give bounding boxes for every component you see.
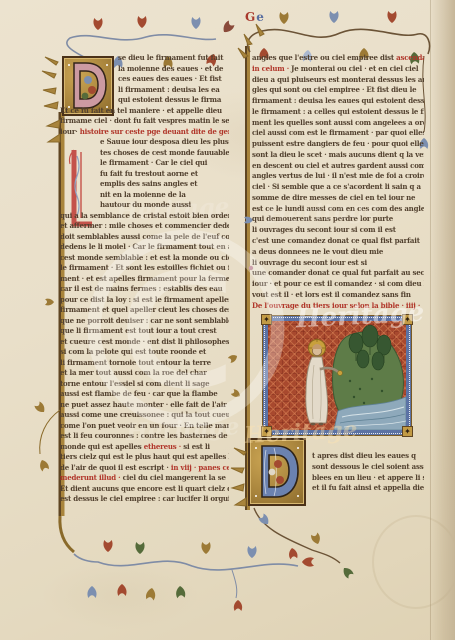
manuscript-text-line: qui demouerent sans perdre lor purte — [252, 214, 424, 225]
body-text: t apres dist dieu les eaues q — [312, 451, 416, 460]
body-text: tes choses de cest monde fauuable · si c — [100, 148, 229, 157]
manuscript-text-line: tes choses de cest monde fauuable · si c — [60, 148, 229, 159]
body-text: aussi est flambe de feu · car que la fla… — [60, 389, 218, 398]
body-text: ment les quelles sont aussi com angelees… — [252, 118, 424, 127]
body-text: nit en la moienne de la — [100, 190, 186, 199]
manuscript-text-line: li firmament tornoie tout entour la terr… — [60, 358, 229, 369]
body-text: torne entour l'essiel si com dient li sa… — [60, 379, 209, 388]
manuscript-text-line: torne entour l'essiel si com dient li sa… — [60, 379, 229, 390]
body-text: ne puet assez haute monter · elle fait d… — [60, 400, 227, 409]
manuscript-text-line: firmament et quel apeller cieut les chos… — [60, 305, 229, 316]
illuminated-initial-e — [248, 438, 306, 506]
manuscript-text-line: fu fait fu trestout aorne et — [60, 169, 229, 180]
manuscript-text-line: est ce le lundi aussi com en ces com des… — [252, 204, 424, 215]
body-text: tiers cielz qui est le plus haut qui est… — [60, 452, 229, 461]
manuscript-text-line: une comander donat ce qual fut parfait a… — [252, 268, 424, 279]
manuscript-text-line: c'est une comandez donat ce qual fist pa… — [252, 236, 424, 247]
manuscript-text-line: en descent ou ciel et autres gardent aus… — [252, 161, 424, 172]
vine-left-margin — [34, 299, 60, 472]
manuscript-text-line: aussi come une creuissonee : qui la tout… — [60, 410, 229, 421]
body-text: et cueure cest monde · ent dist li philo… — [60, 337, 229, 346]
body-text: angles vertus de lui · il n'est mie de f… — [252, 171, 424, 180]
manuscript-text-line: est dessus le ciel empiree : car lucifer… — [60, 494, 229, 505]
manuscript-text-line: dedens le li moiel · Car le firmament to… — [60, 242, 229, 253]
manuscript-text-line: li ouvrage du secont iour est si — [252, 258, 424, 269]
manuscript-text-line: ciel aussi com est le firmament · par qu… — [252, 128, 424, 139]
manuscript-page: Ge — [0, 0, 455, 640]
body-text: se dieu le firmament fut fait — [118, 53, 223, 62]
manuscript-text-line: se dieu le firmament fut fait — [60, 53, 229, 64]
manuscript-text-line: emplis des sains angles et — [60, 179, 229, 190]
manuscript-text-line: la moienne des eaues · et de — [60, 64, 229, 75]
body-text: come l'on puet veoir en un four · En tel… — [60, 421, 229, 430]
body-text: ciel aussi com est le firmament · par qu… — [252, 128, 424, 137]
manuscript-text-line: come l'on puet veoir en un four · En tel… — [60, 421, 229, 432]
body-text: angles que l'estre ou ciel empiree dist — [252, 53, 396, 62]
body-text: est dessus le ciel empiree : car lucifer… — [60, 494, 229, 503]
body-text: que li firmament est tout iour a tout cr… — [60, 326, 216, 335]
body-text: fu fait fu trestout aorne et — [100, 169, 198, 178]
manuscript-text-line: le firmament · Et sont les estoilles fic… — [60, 263, 229, 274]
thorn-spikes — [42, 57, 60, 142]
body-text: li firmament : deuisa les ea — [118, 85, 220, 94]
body-text: c'est une comandez donat ce qual fist pa… — [252, 236, 420, 245]
body-text: doit semblables aussi come la pele de l'… — [60, 232, 229, 241]
body-text: hautour du monde aussi — [100, 200, 191, 209]
body-text: Et ce fu fait en tel maniere · et appell… — [60, 106, 222, 115]
manuscript-text-line: a deus donnees ne le vout dieu mie — [252, 247, 424, 258]
manuscript-text-line: cest monde semblable : et est la monde o… — [60, 253, 229, 264]
body-text: le firmament : a celles qui estoient des… — [252, 107, 424, 116]
body-text: puissent estre dangiers de feu · pour qu… — [252, 139, 424, 148]
page-edge-shadow — [429, 0, 455, 640]
rubric-text: ascendam — [396, 53, 424, 62]
manuscript-text-line: iour · et pour ce est il comandez · si c… — [252, 279, 424, 290]
body-text: gles qui sont ou ciel empiree · Et fist … — [252, 85, 416, 94]
manuscript-text-line: de l'air de quoi il est escript · in vii… — [60, 463, 229, 474]
rubric-text: in viij · panes celi c — [171, 463, 229, 472]
body-text: li ouvrage du secont iour est si — [252, 258, 367, 267]
body-text: que ne porroit deuiser : car ne sont sem… — [60, 316, 229, 325]
rubric-text: in celum · — [252, 64, 291, 73]
manuscript-text-line: in celum · Je monterai ou ciel · et en c… — [252, 64, 424, 75]
manuscript-text-line: hautour du monde aussi — [60, 200, 229, 211]
manuscript-text-line: mederunt illud · ciel du ciel mangerent … — [60, 473, 229, 484]
body-text: qui demouerent sans perdre lor purte — [252, 214, 393, 223]
body-text: si est li — [181, 442, 210, 451]
corner-ornament-icon: ✦ — [261, 314, 272, 325]
body-text: Et dient aucuns que encore est li quart … — [60, 484, 229, 493]
body-text: li ouvrages du secont iour si com il est — [252, 225, 396, 234]
body-text: somme de dire messes de ciel en tel iour… — [252, 193, 415, 202]
body-text: la moienne des eaues · et de — [118, 64, 223, 73]
body-text: a deus donnees ne le vout dieu mie — [252, 247, 383, 256]
corner-ornament-icon: ✦ — [402, 426, 413, 437]
body-text: et la mer tout aussi com la roe del char — [60, 368, 207, 377]
manuscript-text-line: qui estoient dessus le firma — [60, 95, 229, 106]
thorn-spikes-initial2 — [231, 448, 246, 506]
miniature-interior — [268, 321, 406, 430]
body-text: qui estoient dessus le firma — [118, 95, 221, 104]
manuscript-text-line: ne puet assez haute monter · elle fait d… — [60, 400, 229, 411]
manuscript-text-line: firmament : deuisa les eaues qui estoien… — [252, 96, 424, 107]
manuscript-text-line: li ouvrages du secont iour si com il est — [252, 225, 424, 236]
body-text: firmame ciel · dont fu fait vespres mati… — [60, 116, 229, 125]
rubric-text: De l'ouvrage du tiers iour selon la bibl… — [252, 301, 420, 310]
manuscript-text-line: et la mer tout aussi com la roe del char — [60, 368, 229, 379]
body-text: dieu a qui pluiseurs est monterai dessus… — [252, 75, 424, 84]
body-text: blees en un lieu · et appere li se — [312, 473, 424, 482]
manuscript-text-line: De l'ouvrage du tiers iour selon la bibl… — [252, 301, 424, 312]
manuscript-text-line: que ne porroit deuiser : car ne sont sem… — [60, 316, 229, 327]
body-text: si com la pelote qui est toute roonde et — [60, 347, 206, 356]
manuscript-text-line: est li feu couronnes : contre les baster… — [60, 431, 229, 442]
manuscript-text-line: le firmament : a celles qui estoient des… — [252, 107, 424, 118]
manuscript-text-line: car il est de mains fermes : establis de… — [60, 284, 229, 295]
manuscript-text-line: iour· histoire sur ceste pge deuant dite… — [60, 127, 229, 138]
rubric-text: mederunt illud · — [60, 473, 123, 482]
body-text: ciel · Si semble que a ce s'acordent li … — [252, 182, 421, 191]
manuscript-text-line: et cueure cest monde · ent dist li philo… — [60, 337, 229, 348]
body-text: ment · et est apelles firmament pour la … — [60, 274, 229, 283]
body-text: en descent ou ciel et autres gardent aus… — [252, 161, 424, 170]
body-text: vout est il · et lors est il comandez sa… — [252, 290, 411, 299]
text-column-right-top: angles que l'estre ou ciel empiree dist … — [252, 53, 424, 311]
manuscript-text-line: si com la pelote qui est toute roonde et — [60, 347, 229, 358]
manuscript-text-line: qui a la semblance de cristal estoit bie… — [60, 211, 229, 222]
body-text: une comander donat ce qual fut parfait a… — [252, 268, 424, 277]
body-text: firmament : deuisa les eaues qui estoien… — [252, 96, 424, 105]
manuscript-text-line: Et ce fu fait en tel maniere · et appell… — [60, 106, 229, 117]
manuscript-text-line: le firmament · Car le ciel qui — [60, 158, 229, 169]
body-text: sont dessous le ciel soient ass — [312, 462, 423, 471]
manuscript-text-line: puissent estre dangiers de feu · pour qu… — [252, 139, 424, 150]
manuscript-text-line: sont la dieu le scet · mais aucuns dient… — [252, 150, 424, 161]
manuscript-text-line: angles vertus de lui · il n'est mie de f… — [252, 171, 424, 182]
manuscript-text-line: li firmament : deuisa les ea — [60, 85, 229, 96]
manuscript-text-line: vout est il · et lors est il comandez sa… — [252, 290, 424, 301]
miniature-third-day-creation: ✦ ✦ ✦ ✦ — [262, 315, 412, 436]
manuscript-text-line: ment les quelles sont aussi com angelees… — [252, 118, 424, 129]
body-text: qui a la semblance de cristal estoit bie… — [60, 211, 229, 220]
manuscript-text-line: aussi est flambe de feu · car que la fla… — [60, 389, 229, 400]
manuscript-text-line: pour ce dist la loy : si est le firmamen… — [60, 295, 229, 306]
body-text: e Sauue iour desposa dieu les plus hau — [100, 137, 229, 146]
manuscript-text-line: que li firmament est tout iour a tout cr… — [60, 326, 229, 337]
body-text: pour ce dist la loy : si est le firmamen… — [60, 295, 229, 304]
manuscript-text-line: ciel · Si semble que a ce s'acordent li … — [252, 182, 424, 193]
body-text: iour· — [60, 127, 80, 136]
vine-bottom — [74, 540, 314, 611]
manuscript-text-line: e Sauue iour desposa dieu les plus hau — [60, 137, 229, 148]
body-text: ciel du ciel mangerent la se — [123, 473, 226, 482]
body-text: aussi come une creuissonee : qui la tout… — [60, 410, 229, 419]
manuscript-text-line: Et dient aucuns que encore est li quart … — [60, 484, 229, 495]
text-column-left: se dieu le firmament fut faitla moienne … — [60, 53, 229, 505]
body-text: emplis des sains angles et — [100, 179, 197, 188]
body-text: monde qui est apelles — [60, 442, 144, 451]
body-text: dedens le li moiel · Car le firmament to… — [60, 242, 229, 251]
body-text: est ce le lundi aussi com en ces com des… — [252, 204, 424, 213]
body-text: firmament et quel apeller cieut les chos… — [60, 305, 229, 314]
body-text: iour · et pour ce est il comandez · si c… — [252, 279, 424, 288]
manuscript-text-line: et affermer : mile choses et commencier … — [60, 221, 229, 232]
body-text: cest monde semblable : et est la monde o… — [60, 253, 229, 262]
corner-ornament-icon: ✦ — [402, 314, 413, 325]
body-text: de l'air de quoi il est escript · — [60, 463, 171, 472]
manuscript-text-line: doit semblables aussi come la pele de l'… — [60, 232, 229, 243]
manuscript-text-line: firmame ciel · dont fu fait vespres mati… — [60, 116, 229, 127]
body-text: le firmament · Car le ciel qui — [100, 158, 207, 167]
body-text: Je monterai ou ciel · et en ciel ciel — [291, 64, 418, 73]
vine-bottom-right — [254, 508, 354, 579]
rubric-text: ethereus · — [144, 442, 181, 451]
manuscript-text-line: dieu a qui pluiseurs est monterai dessus… — [252, 75, 424, 86]
body-text: et il fu fait ainsi et appella dieu — [312, 483, 424, 492]
manuscript-text-line: tiers cielz qui est le plus haut qui est… — [60, 452, 229, 463]
body-text: sont la dieu le scet · mais aucuns dient… — [252, 150, 424, 159]
manuscript-text-line: somme de dire messes de ciel en tel iour… — [252, 193, 424, 204]
manuscript-text-line: monde qui est apelles ethereus · si est … — [60, 442, 229, 453]
manuscript-text-line: gles qui sont ou ciel empiree · Et fist … — [252, 85, 424, 96]
body-text: ces eaues des eaues · Et fist — [118, 74, 222, 83]
manuscript-text-line: nit en la moienne de la — [60, 190, 229, 201]
manuscript-text-line: ment · et est apelles firmament pour la … — [60, 274, 229, 285]
body-text: est li feu couronnes : contre les baster… — [60, 431, 229, 440]
manuscript-text-line: ces eaues des eaues · Et fist — [60, 74, 229, 85]
corner-ornament-icon: ✦ — [261, 426, 272, 437]
body-text: li firmament tornoie tout entour la terr… — [60, 358, 211, 367]
manuscript-text-line: angles que l'estre ou ciel empiree dist … — [252, 53, 424, 64]
body-text: et affermer : mile choses et commencier … — [60, 221, 229, 230]
body-text: le firmament · Et sont les estoilles fic… — [60, 263, 229, 272]
rubric-text: histoire sur ceste pge deuant dite de ge… — [80, 127, 229, 136]
body-text: car il est de mains fermes : establis de… — [60, 284, 223, 293]
